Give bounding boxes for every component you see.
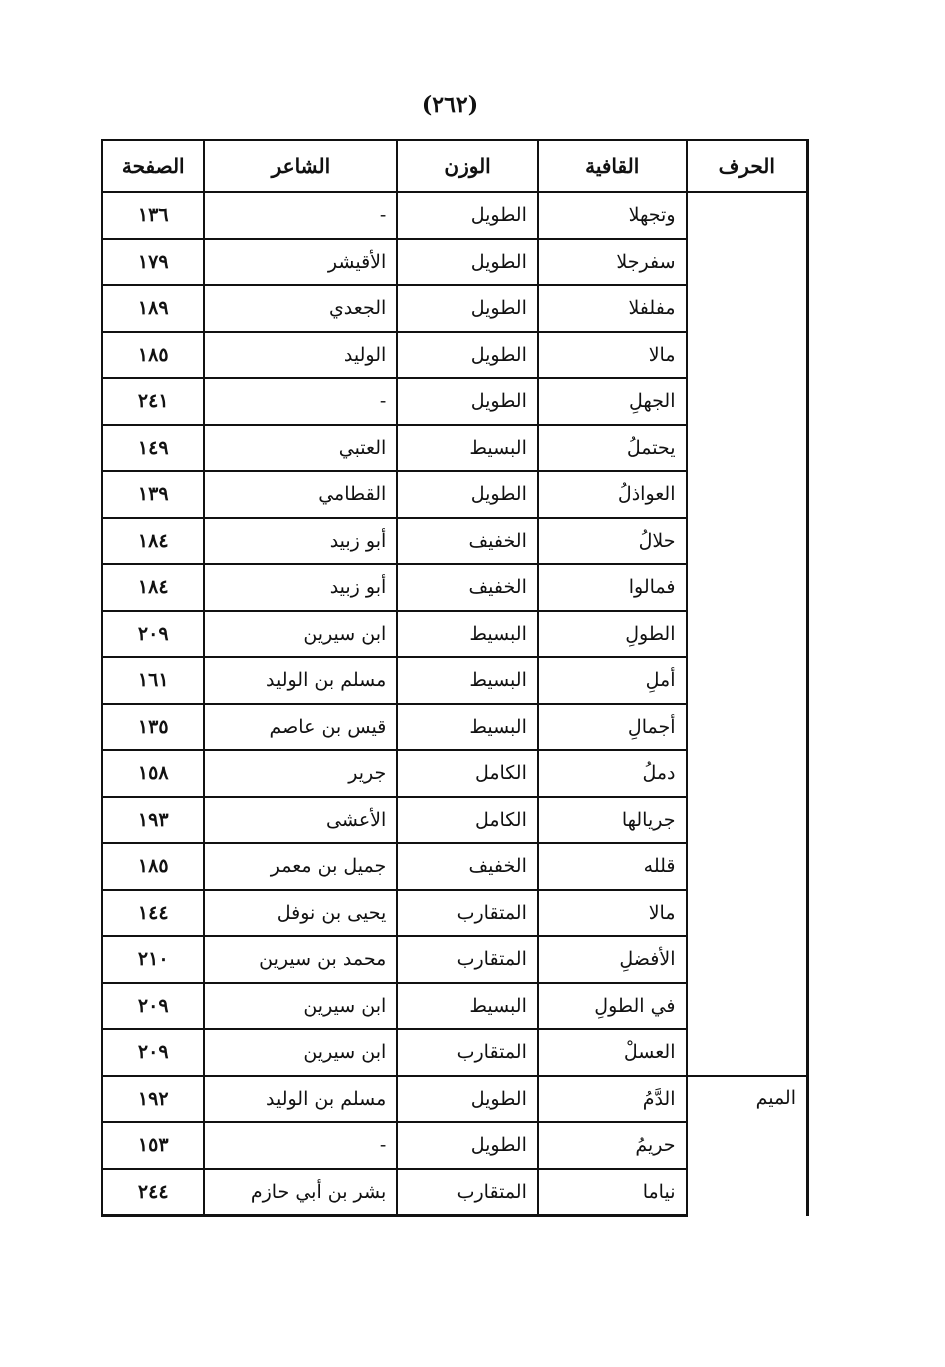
meter-cell: الطويل (397, 1122, 538, 1169)
meter-cell: الطويل (397, 332, 538, 379)
meter-cell: البسيط (397, 983, 538, 1030)
table-row: وتجهلاالطويل-١٣٦ (102, 192, 808, 239)
meter-cell: المتقارب (397, 890, 538, 937)
letter-cell: الميم (687, 1076, 808, 1216)
poet-cell: العتبي (204, 425, 397, 472)
header-poet: الشاعر (204, 140, 397, 192)
rhyme-cell: الجهلِ (538, 378, 687, 425)
page-cell: ١٩٢ (102, 1076, 204, 1123)
rhyme-cell: سفرجلا (538, 239, 687, 286)
poet-cell: القطامي (204, 471, 397, 518)
poet-cell: - (204, 378, 397, 425)
rhyme-cell: قلله (538, 843, 687, 890)
page-cell: ١٣٦ (102, 192, 204, 239)
meter-cell: الخفيف (397, 843, 538, 890)
meter-cell: البسيط (397, 425, 538, 472)
table-header-row: الحرف القافية الوزن الشاعر الصفحة (102, 140, 808, 192)
rhyme-cell: العسلْ (538, 1029, 687, 1076)
poet-cell: قيس بن عاصم (204, 704, 397, 751)
rhyme-cell: العواذلُ (538, 471, 687, 518)
page-cell: ١٨٤ (102, 518, 204, 565)
rhyme-index-table-container: الحرف القافية الوزن الشاعر الصفحة وتجهلا… (101, 139, 809, 1217)
poet-cell: الجعدي (204, 285, 397, 332)
poet-cell: - (204, 192, 397, 239)
meter-cell: المتقارب (397, 1169, 538, 1216)
meter-cell: المتقارب (397, 1029, 538, 1076)
page-cell: ١٨٩ (102, 285, 204, 332)
meter-cell: الكامل (397, 750, 538, 797)
page-cell: ١٣٥ (102, 704, 204, 751)
header-rhyme: القافية (538, 140, 687, 192)
rhyme-cell: جريالها (538, 797, 687, 844)
rhyme-cell: حلالُ (538, 518, 687, 565)
page-cell: ١٨٥ (102, 843, 204, 890)
rhyme-cell: في الطولِ (538, 983, 687, 1030)
poet-cell: أبو زبيد (204, 564, 397, 611)
page-cell: ١٧٩ (102, 239, 204, 286)
rhyme-cell: أملِ (538, 657, 687, 704)
rhyme-cell: يحتملُ (538, 425, 687, 472)
rhyme-cell: مفلفلا (538, 285, 687, 332)
poet-cell: مسلم بن الوليد (204, 1076, 397, 1123)
poet-cell: بشر بن أبي حازم (204, 1169, 397, 1216)
meter-cell: الخفيف (397, 518, 538, 565)
meter-cell: الطويل (397, 378, 538, 425)
page-cell: ١٣٩ (102, 471, 204, 518)
page-cell: ١٥٣ (102, 1122, 204, 1169)
poet-cell: أبو زبيد (204, 518, 397, 565)
meter-cell: الطويل (397, 192, 538, 239)
rhyme-cell: الأفضلِ (538, 936, 687, 983)
rhyme-cell: الدَّمُ (538, 1076, 687, 1123)
table-body: وتجهلاالطويل-١٣٦سفرجلاالطويلالأقيشر١٧٩مف… (102, 192, 808, 1216)
meter-cell: الطويل (397, 285, 538, 332)
poet-cell: جرير (204, 750, 397, 797)
header-letter: الحرف (687, 140, 808, 192)
page-number: (٢٦٢) (0, 92, 900, 118)
poet-cell: يحيى بن نوفل (204, 890, 397, 937)
meter-cell: البسيط (397, 611, 538, 658)
page-cell: ١٤٤ (102, 890, 204, 937)
page-cell: ١٥٨ (102, 750, 204, 797)
poet-cell: ابن سيرين (204, 1029, 397, 1076)
meter-cell: المتقارب (397, 936, 538, 983)
rhyme-cell: حريمُ (538, 1122, 687, 1169)
poet-cell: - (204, 1122, 397, 1169)
page-cell: ٢٤٤ (102, 1169, 204, 1216)
poet-cell: الأقيشر (204, 239, 397, 286)
letter-cell (687, 192, 808, 1076)
rhyme-cell: فمالوا (538, 564, 687, 611)
page-cell: ٢١٠ (102, 936, 204, 983)
page-cell: ٢٠٩ (102, 983, 204, 1030)
poet-cell: الوليد (204, 332, 397, 379)
poet-cell: مسلم بن الوليد (204, 657, 397, 704)
table-row: الميمالدَّمُالطويلمسلم بن الوليد١٩٢ (102, 1076, 808, 1123)
rhyme-cell: الطولِ (538, 611, 687, 658)
meter-cell: الطويل (397, 471, 538, 518)
header-meter: الوزن (397, 140, 538, 192)
meter-cell: الخفيف (397, 564, 538, 611)
poet-cell: ابن سيرين (204, 983, 397, 1030)
poet-cell: الأعشى (204, 797, 397, 844)
page-cell: ١٨٥ (102, 332, 204, 379)
meter-cell: الطويل (397, 1076, 538, 1123)
page-cell: ١٨٤ (102, 564, 204, 611)
page-cell: ٢٠٩ (102, 1029, 204, 1076)
poet-cell: ابن سيرين (204, 611, 397, 658)
meter-cell: البسيط (397, 657, 538, 704)
page-cell: ٢٠٩ (102, 611, 204, 658)
header-page: الصفحة (102, 140, 204, 192)
rhyme-cell: نياما (538, 1169, 687, 1216)
rhyme-cell: مالا (538, 890, 687, 937)
page-cell: ١٦١ (102, 657, 204, 704)
meter-cell: الطويل (397, 239, 538, 286)
meter-cell: الكامل (397, 797, 538, 844)
meter-cell: البسيط (397, 704, 538, 751)
rhyme-cell: مالا (538, 332, 687, 379)
page-cell: ١٩٣ (102, 797, 204, 844)
rhyme-cell: دملُ (538, 750, 687, 797)
poet-cell: محمد بن سيرين (204, 936, 397, 983)
rhyme-cell: أجمالِ (538, 704, 687, 751)
rhyme-index-table: الحرف القافية الوزن الشاعر الصفحة وتجهلا… (101, 139, 809, 1217)
rhyme-cell: وتجهلا (538, 192, 687, 239)
poet-cell: جميل بن معمر (204, 843, 397, 890)
page-cell: ٢٤١ (102, 378, 204, 425)
page-cell: ١٤٩ (102, 425, 204, 472)
